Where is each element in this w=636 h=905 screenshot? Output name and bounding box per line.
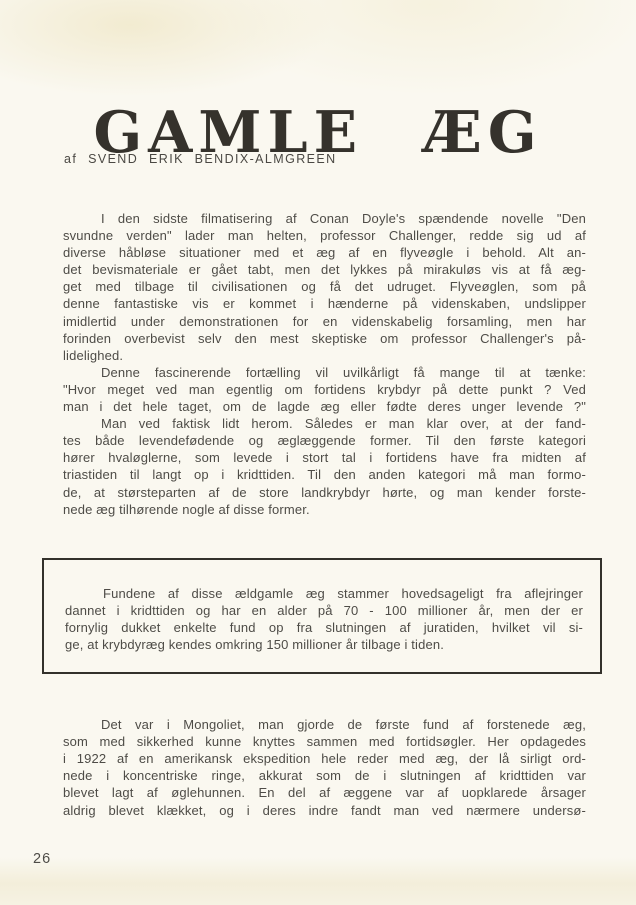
text-line: fornylig dukket enkelte fund op fra slut…: [65, 619, 583, 636]
text-line: det bevismateriale er gået tabt, men det…: [63, 261, 586, 278]
text-line: ge, at krybdyræg kendes omkring 150 mill…: [65, 636, 583, 653]
scanned-page: GAMLE ÆG af SVEND ERIK BENDIX-ALMGREEN I…: [0, 0, 636, 905]
text-line: nede æg tilhørende nogle af disse former…: [63, 501, 586, 518]
text-line: imidlertid under demonstrationen for en …: [63, 313, 586, 330]
paragraph: Man ved faktisk lidt herom. Således er m…: [63, 415, 586, 518]
byline: af SVEND ERIK BENDIX-ALMGREEN: [64, 152, 337, 166]
text-line: forinden overbevist selv den mest skepti…: [63, 330, 586, 347]
text-line: I den sidste filmatisering af Conan Doyl…: [63, 210, 586, 227]
text-line: Det var i Mongoliet, man gjorde de først…: [63, 716, 586, 733]
page-number: 26: [33, 851, 51, 867]
text-line: Fundene af disse ældgamle æg stammer hov…: [65, 585, 583, 602]
text-line: i 1922 af en amerikansk ekspedition hele…: [63, 750, 586, 767]
paragraph: Denne fascinerende fortælling vil uvilkå…: [63, 364, 586, 415]
text-line: som med sikkerhed kunne knyttes sammen m…: [63, 733, 586, 750]
scan-artifact-page-edge: [0, 868, 636, 898]
text-line: Man ved faktisk lidt herom. Således er m…: [63, 415, 586, 432]
text-line: get med tilbage til civilisationen og få…: [63, 278, 586, 295]
text-line: hører hvaløglerne, som levede i stort ta…: [63, 449, 586, 466]
paragraph: Det var i Mongoliet, man gjorde de først…: [63, 716, 586, 819]
text-line: svundne verden" lader man helten, profes…: [63, 227, 586, 244]
scan-artifact-bottom: [0, 857, 636, 905]
callout-box: Fundene af disse ældgamle æg stammer hov…: [42, 558, 602, 674]
text-line: dannet i kridttiden og har en alder på 7…: [65, 602, 583, 619]
text-line: lidelighed.: [63, 347, 586, 364]
text-line: denne fantastiske vis er kommet i hænder…: [63, 295, 586, 312]
text-line: triastiden til langt op i kridttiden. Ti…: [63, 466, 586, 483]
text-line: de, at størsteparten af de store landkry…: [63, 484, 586, 501]
text-line: diverse håbløse situationer med et æg af…: [63, 244, 586, 261]
article-body: I den sidste filmatisering af Conan Doyl…: [63, 210, 586, 819]
text-line: blevet lagt af øglehunnen. En del af ægg…: [63, 784, 586, 801]
text-line: nede i koncentriske ringe, akkurat som d…: [63, 767, 586, 784]
text-line: "Hvor meget ved man egentlig om fortiden…: [63, 381, 586, 398]
text-line: tes både levendefødende og æglæggende fo…: [63, 432, 586, 449]
text-line: Denne fascinerende fortælling vil uvilkå…: [63, 364, 586, 381]
text-line: aldrig blevet klækket, og i deres indre …: [63, 802, 586, 819]
paragraph: I den sidste filmatisering af Conan Doyl…: [63, 210, 586, 364]
text-line: man i det hele taget, om de lagde æg ell…: [63, 398, 586, 415]
